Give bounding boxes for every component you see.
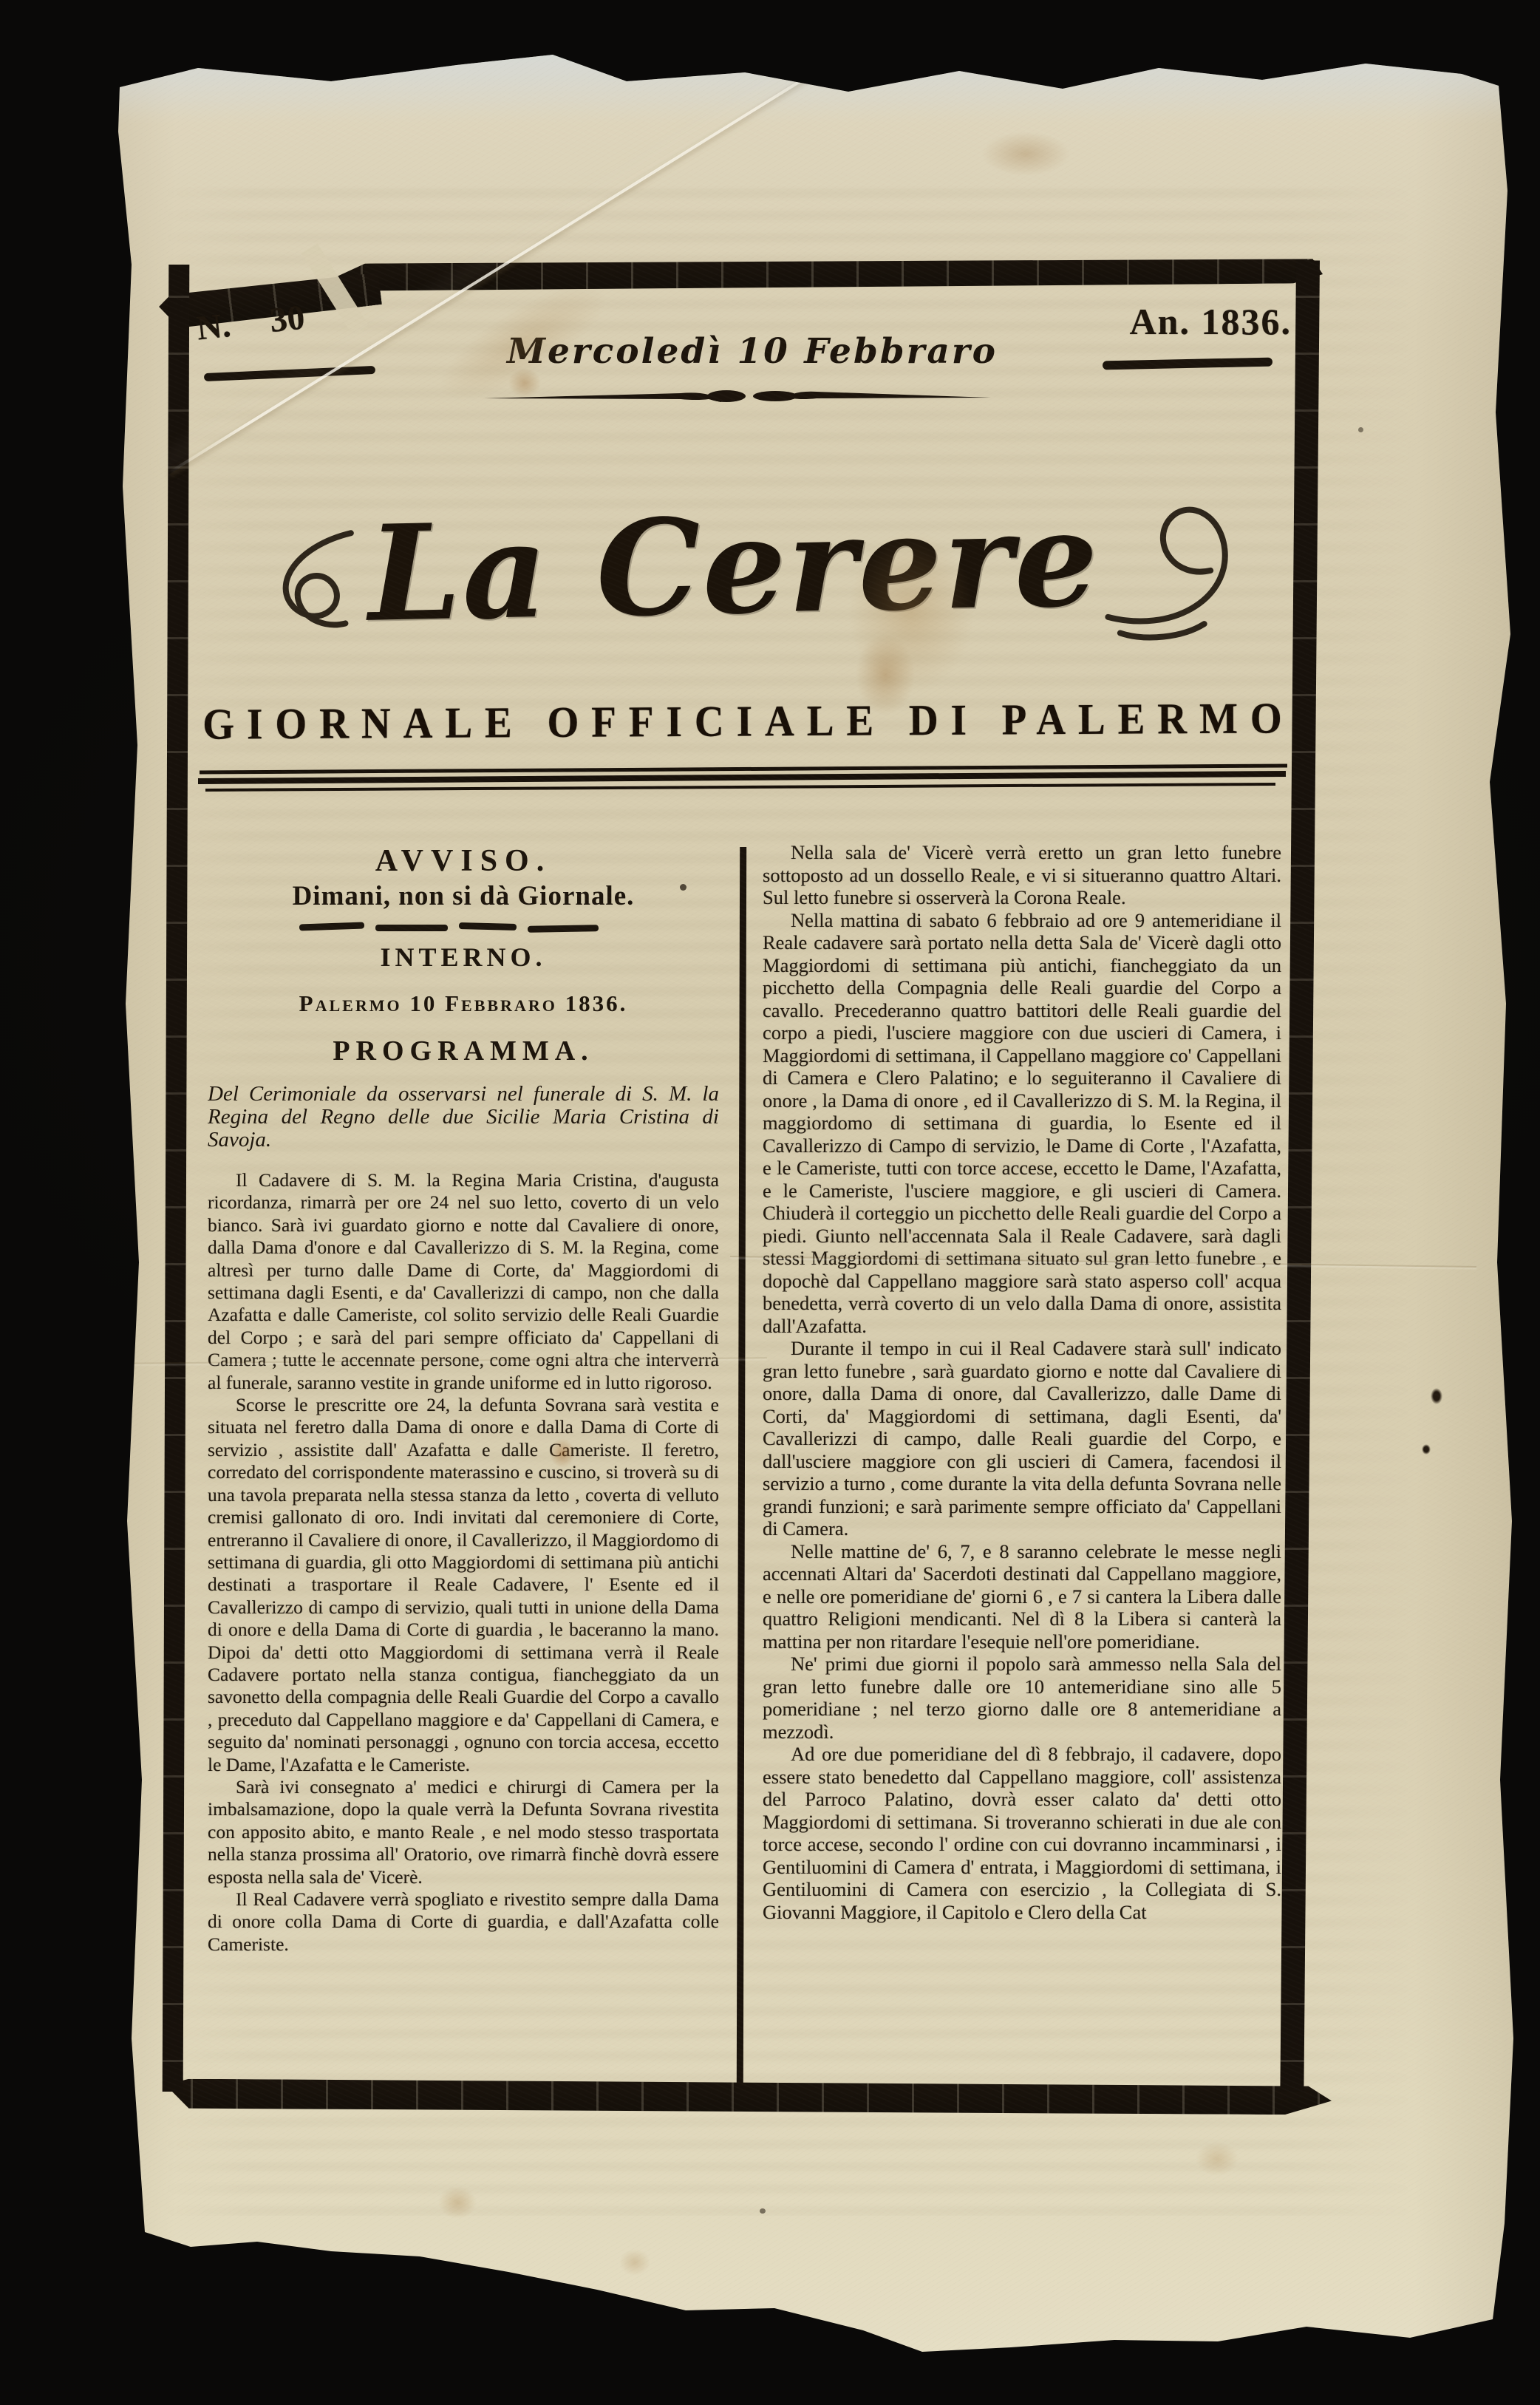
frame-top-rule bbox=[335, 254, 1323, 293]
ink-speck bbox=[760, 2208, 766, 2214]
ink-speck bbox=[1358, 427, 1363, 432]
fox-spot bbox=[438, 2186, 477, 2219]
fox-spot bbox=[619, 2249, 650, 2276]
newspaper-page: N. 30 An. 1836. Mercoledì 10 Febbraro La… bbox=[109, 43, 1518, 2401]
right-column: Nella sala de' Vicerè verrà eretto un gr… bbox=[763, 841, 1281, 2092]
header-triple-rule bbox=[197, 761, 1290, 797]
body-paragraph: Ne' primi due giorni il popolo sarà amme… bbox=[763, 1653, 1281, 1743]
column-divider-rule bbox=[737, 847, 746, 2086]
worm-hole bbox=[1431, 1388, 1442, 1404]
journal-subtitle: GIORNALE OFFICIALE DI PALERMO bbox=[109, 693, 1388, 750]
worm-hole bbox=[1422, 1444, 1431, 1455]
body-paragraph: Sarà ivi consegnato a' medici e chirurgi… bbox=[208, 1776, 719, 1888]
body-paragraph: Ad ore due pomeridiane del dì 8 febbrajo… bbox=[763, 1743, 1281, 1923]
avviso-notice: Dimani, non si dà Giornale. bbox=[208, 881, 719, 912]
left-column: AVVISO. Dimani, non si dà Giornale. INTE… bbox=[208, 844, 719, 2087]
article-subject: Del Cerimoniale da osservarsi nel funera… bbox=[208, 1083, 719, 1152]
body-paragraph: Nella sala de' Vicerè verrà eretto un gr… bbox=[763, 841, 1281, 909]
stain-top-edge bbox=[981, 132, 1070, 176]
body-paragraph: Durante il tempo in cui il Real Cadavere… bbox=[763, 1337, 1281, 1540]
body-paragraph: Nelle mattine de' 6, 7, e 8 saranno cele… bbox=[763, 1540, 1281, 1653]
article-dateline: Palermo 10 Febbraro 1836. bbox=[208, 991, 719, 1016]
ink-speck bbox=[680, 884, 686, 891]
section-heading-interno: INTERNO. bbox=[208, 942, 719, 972]
right-flourish-ornament bbox=[1098, 490, 1241, 648]
masthead-title-block: La Cerere bbox=[108, 472, 1389, 669]
left-flourish-ornament bbox=[256, 512, 370, 662]
masthead-title: La Cerere bbox=[367, 481, 1101, 651]
swelled-rule-ornament bbox=[483, 387, 992, 406]
body-paragraph: Scorse le prescritte ore 24, la defunta … bbox=[208, 1394, 719, 1776]
programma-heading: PROGRAMMA. bbox=[208, 1035, 719, 1067]
body-paragraph: Nella mattina di sabato 6 febbraio ad or… bbox=[763, 909, 1281, 1338]
body-paragraph: Il Real Cadavere verrà spogliato e rives… bbox=[208, 1888, 719, 1956]
fox-spot bbox=[1196, 2142, 1239, 2176]
masthead-date: Mercoledì 10 Febbraro bbox=[109, 331, 1395, 372]
scanned-newspaper-photo: N. 30 An. 1836. Mercoledì 10 Febbraro La… bbox=[0, 0, 1540, 2405]
avviso-heading: AVVISO. bbox=[208, 844, 719, 878]
dashed-divider bbox=[208, 922, 689, 929]
